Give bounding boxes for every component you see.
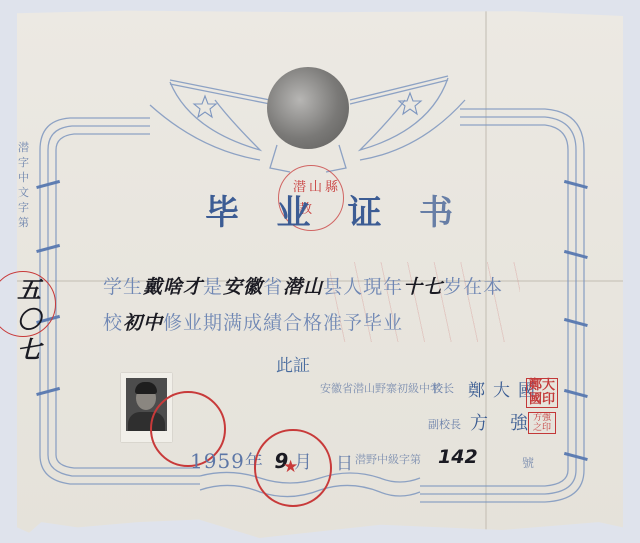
school-name: 安徽省潜山野寨初級中学 [320,380,441,396]
principal-seal: 鄭大國印 [526,378,558,408]
certificate-title: 毕 业 证 书 [205,185,455,234]
portrait-medallion [267,67,349,149]
graduation-text: 修业期满成績合格准予毕业 [163,312,403,334]
closing-text: 此証 [276,351,310,376]
program-value: 初中 [123,312,163,334]
label-day: 日 [336,449,353,474]
vice-principal-seal: 方強之印 [528,412,556,434]
label-province: 省 [263,276,283,298]
student-name: 戴啥才 [143,276,203,298]
certificate-number-suffix: 號 [522,454,534,471]
label-student: 学生 [103,276,143,298]
name-seal: 鄭大國印 方強之印 [526,378,556,432]
label-is: 是 [203,276,223,298]
title-char: 证 [348,185,384,234]
label-county: 县人現年 [323,276,403,298]
age-value: 十七 [403,276,443,298]
body-line-1: 学生戴啥才是安徽省潜山县人現年十七岁在本 [103,272,503,299]
principal-label: 校长 [432,380,454,396]
left-margin-label: 潜字中文字第 [18,140,32,230]
title-char: 业 [276,185,312,234]
school-seal-date: ★ [254,429,332,507]
title-char: 书 [419,185,455,234]
certificate-number-prefix: 潜野中級字第 [355,451,421,467]
date-year: 1959 [190,449,245,473]
title-char: 毕 [205,185,241,234]
label-age: 岁在本 [443,276,503,298]
certificate-number: 142 [438,446,478,468]
label-school: 校 [103,312,123,334]
county-value: 潜山 [283,276,323,298]
seal-star-icon: ★ [283,457,298,477]
province-value: 安徽 [223,276,263,298]
vice-principal-label: 副校長 [428,416,461,432]
body-line-2: 校初中修业期满成績合格准予毕业 [103,308,403,335]
